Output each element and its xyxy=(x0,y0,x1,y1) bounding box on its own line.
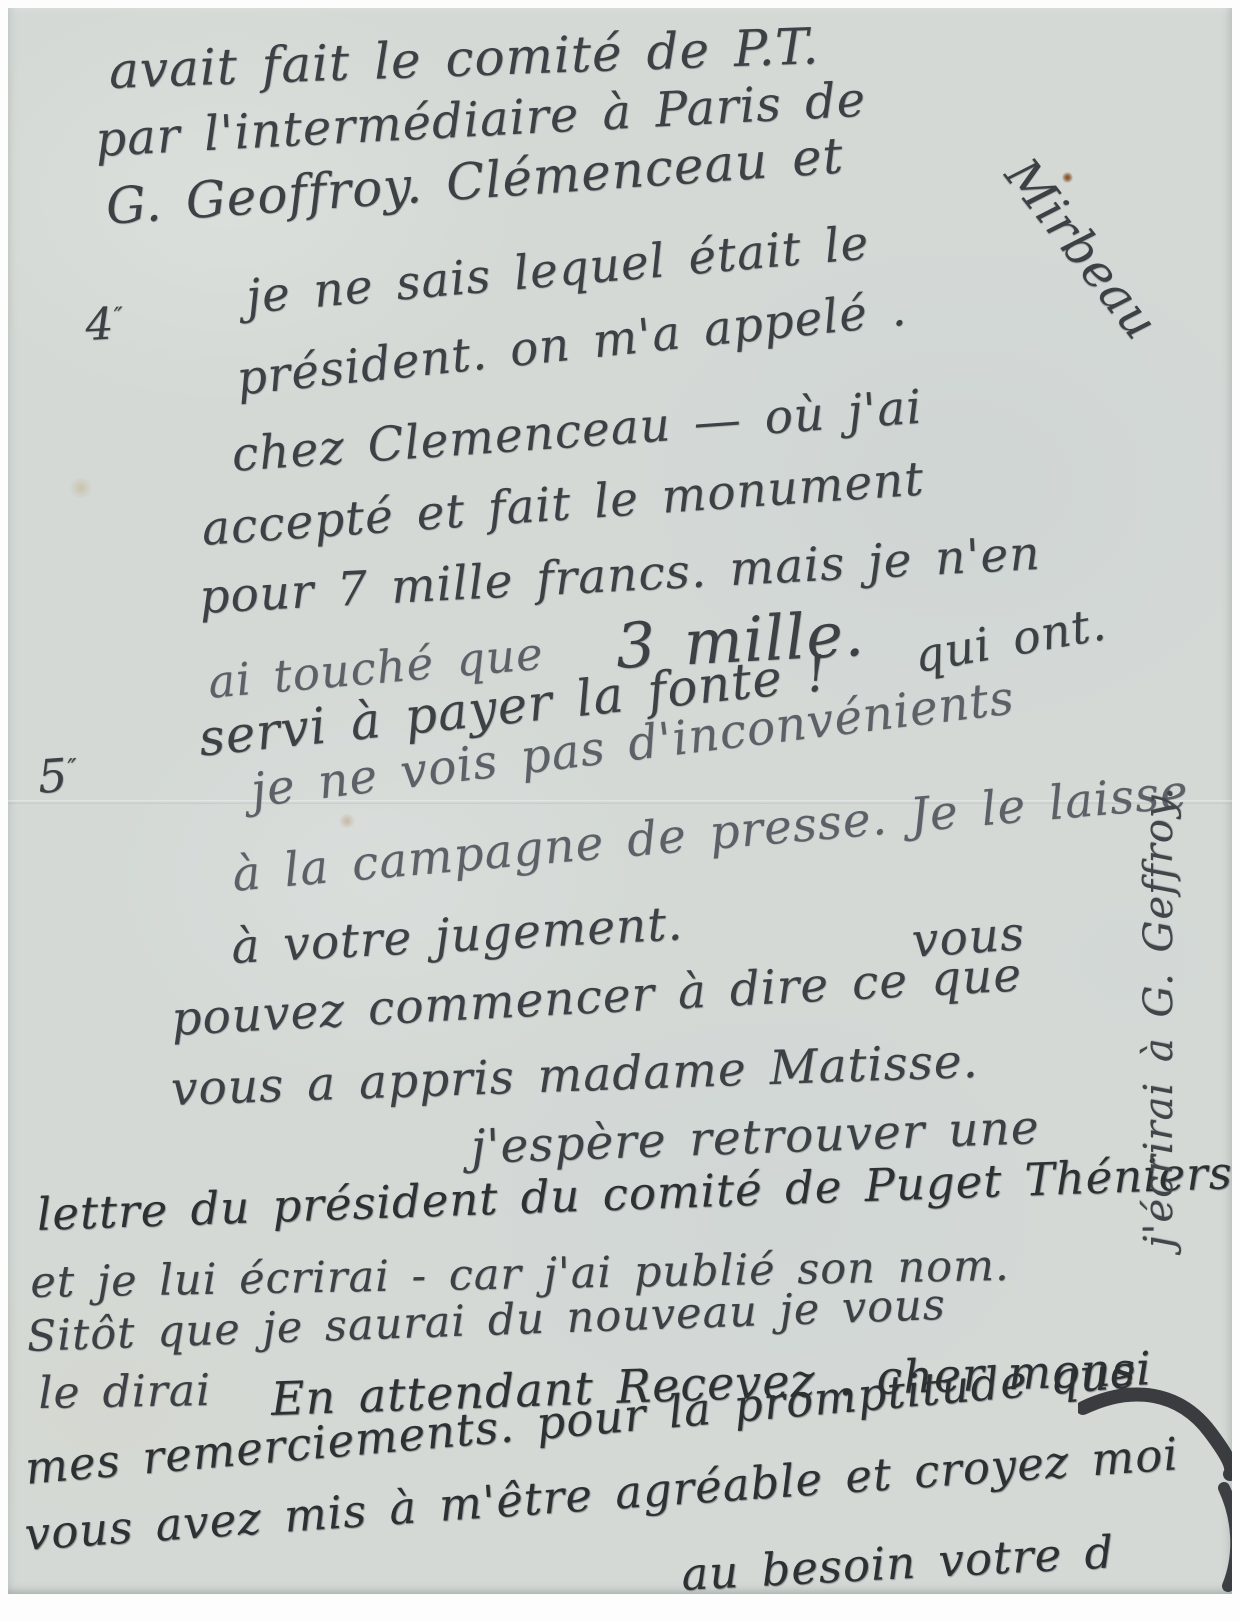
margin-note-vertical: j'écrirai à G. Geffroy. xyxy=(1136,786,1182,1248)
ink-flourish-stroke xyxy=(1078,1376,1232,1594)
point-number: 5 xyxy=(36,748,70,804)
point-marker-4: 4″ xyxy=(84,298,125,351)
paper-stain-spot xyxy=(338,814,356,828)
handwritten-line: au besoin votre d xyxy=(680,1525,1115,1594)
handwritten-line: vous a appris madame Matisse. xyxy=(170,1034,979,1117)
point-number: 4 xyxy=(84,298,116,350)
handwritten-line: à votre jugement. xyxy=(230,896,684,975)
letter-page: avait fait le comité de P.T. par l'inter… xyxy=(8,8,1232,1594)
point-marker-ticks: ″ xyxy=(67,753,78,783)
handwritten-line: le dirai xyxy=(38,1365,212,1419)
paper-stain-spot xyxy=(68,478,94,498)
handwritten-word-mirbeau: Mirbeau xyxy=(994,148,1169,350)
point-marker-5: 5″ xyxy=(36,747,79,804)
point-marker-ticks: ″ xyxy=(113,302,123,330)
scan-background: avait fait le comité de P.T. par l'inter… xyxy=(0,0,1240,1621)
